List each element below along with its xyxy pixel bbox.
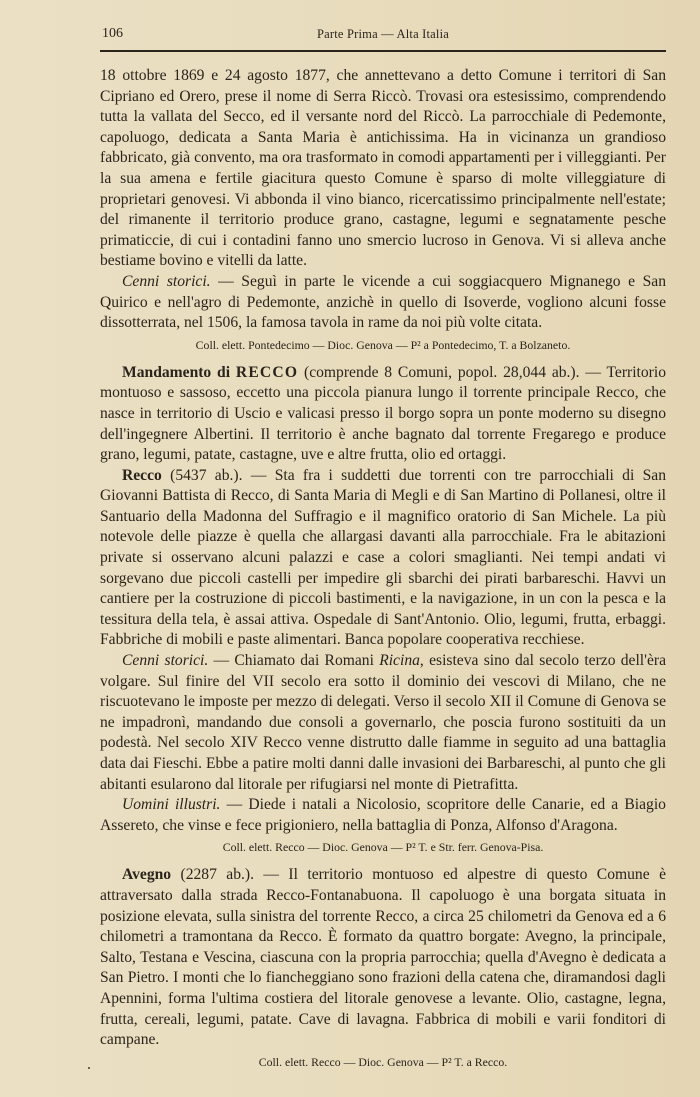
paper-speck [88, 1067, 90, 1069]
paragraph-serra-ricco-continued: 18 ottobre 1869 e 24 agosto 1877, che an… [100, 66, 666, 272]
italic-term: Ricina [379, 652, 420, 669]
paper-speck [272, 996, 274, 998]
administrative-note-avegno: Coll. elett. Recco — Dioc. Genova — P² T… [100, 1052, 666, 1072]
section-label: Cenni storici. [122, 273, 211, 290]
paragraph-text: (5437 ab.). — Sta fra i suddetti due tor… [100, 467, 666, 649]
paragraph-recco: Recco (5437 ab.). — Sta fra i suddetti d… [100, 466, 666, 651]
page-header: 106 Parte Prima — Alta Italia [100, 26, 666, 46]
entry-heading-name: RECCO [236, 364, 298, 381]
entry-heading: Avegno [122, 866, 171, 883]
paragraph-mandamento-recco: Mandamento di RECCO (comprende 8 Comuni,… [100, 363, 666, 466]
administrative-note-recco: Coll. elett. Recco — Dioc. Genova — P² T… [100, 837, 666, 857]
header-rule [100, 50, 666, 52]
page-body: 18 ottobre 1869 e 24 agosto 1877, che an… [100, 66, 666, 1072]
section-label: Uomini illustri. [122, 796, 220, 813]
entry-heading: Recco [122, 467, 162, 484]
paragraph-text: , esisteva sino dal secolo terzo dell'èr… [100, 652, 666, 793]
paragraph-text: — Chiamato dai Romani [208, 652, 379, 669]
paragraph-cenni-storici-recco: Cenni storici. — Chiamato dai Romani Ric… [100, 651, 666, 795]
paragraph-uomini-illustri: Uomini illustri. — Diede i natali a Nico… [100, 795, 666, 836]
section-label: Cenni storici. [122, 652, 208, 669]
paragraph-cenni-storici-serra-ricco: Cenni storici. — Seguì in parte le vicen… [100, 272, 666, 334]
administrative-note-pontedecimo: Coll. elett. Pontedecimo — Dioc. Genova … [100, 335, 666, 355]
entry-heading: Mandamento di [122, 364, 236, 381]
paragraph-text: (2287 ab.). — Il territorio montuoso ed … [100, 866, 666, 1048]
paragraph-avegno: Avegno (2287 ab.). — Il territorio montu… [100, 865, 666, 1050]
running-title: Parte Prima — Alta Italia [100, 27, 666, 42]
